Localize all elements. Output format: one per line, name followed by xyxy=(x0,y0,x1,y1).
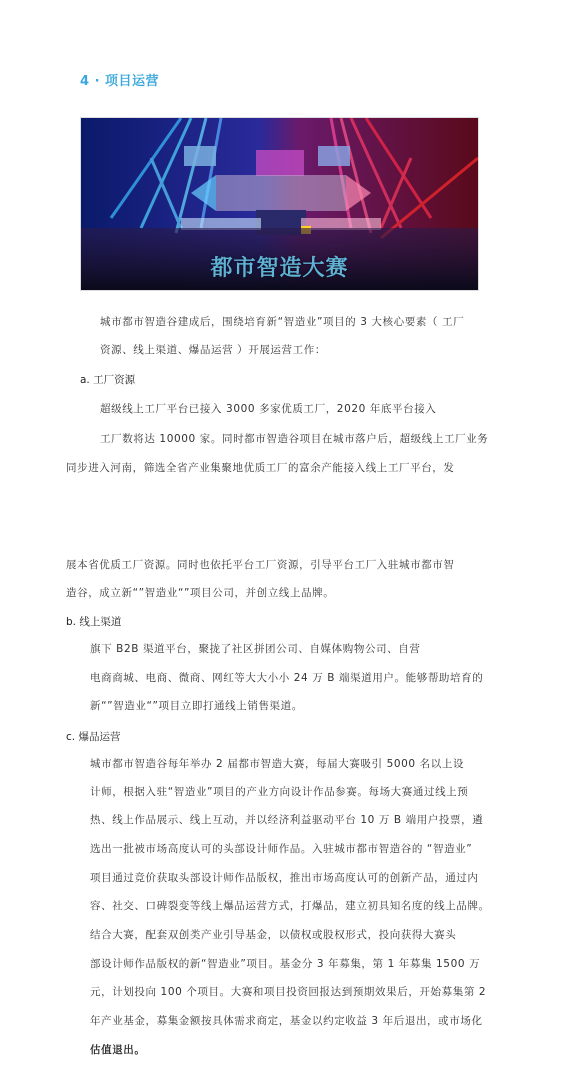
paragraph-line: 年产业基金，募集金额按具体需求商定，基金以约定收益 3 年后退出，或市场化 xyxy=(90,1013,483,1028)
banner-caption: 都市智造大赛 xyxy=(81,251,478,282)
paragraph-line: 展本省优质工厂资源。同时也依托平台工厂资源，引导平台工厂入驻城市都市智 xyxy=(66,557,455,572)
paragraph-line: 结合大赛，配套双创类产业引导基金，以债权或股权形式，投向获得大赛头 xyxy=(90,927,456,942)
section-title: 4 · 项目运营 xyxy=(80,70,159,89)
paragraph-line: 造谷，成立新“”智造业“”项目公司，并创立线上品牌。 xyxy=(66,585,334,600)
paragraph-line: 工厂数将达 10000 家。同时都市智造谷项目在城市落户后，超级线上工厂业务 xyxy=(100,431,488,446)
section-heading-online-channels: b. 线上渠道 xyxy=(66,614,121,629)
paragraph-line: 项目通过竞价获取头部设计师作品版权，推出市场高度认可的创新产品，通过内 xyxy=(90,870,479,885)
intro-line: 城市都市智造谷建成后，围绕培育新“智造业”项目的 3 大核心要素（ 工厂 xyxy=(100,314,464,329)
event-banner-image: 都市智造大赛 xyxy=(81,118,478,290)
paragraph-line: 部设计师作品版权的新“智造业”项目。基金分 3 年募集，第 1 年募集 1500… xyxy=(90,956,480,971)
intro-line: 资源、线上渠道、爆品运营 ）开展运营工作： xyxy=(100,342,326,357)
paragraph-line: 热、线上作品展示、线上互动，并以经济利益驱动平台 10 万 B 端用户投票，遴 xyxy=(90,812,483,827)
paragraph-line: 估值退出。 xyxy=(90,1042,146,1057)
paragraph-line: 新“”智造业“”项目立即打通线上销售渠道。 xyxy=(90,698,303,713)
paragraph-line: 同步进入河南，筛选全省产业集聚地优质工厂的富余产能接入线上工厂平台，发 xyxy=(66,460,455,475)
section-heading-factory-resources: a. 工厂资源 xyxy=(80,372,135,387)
paragraph-line: 旗下 B2B 渠道平台，聚拢了社区拼团公司、自媒体购物公司、自营 xyxy=(90,641,420,656)
paragraph-line: 电商商城、电商、微商、网红等大大小小 24 万 B 端渠道用户。能够帮助培育的 xyxy=(90,670,483,685)
paragraph-line: 城市都市智造谷每年举办 2 届都市智造大赛，每届大赛吸引 5000 名以上设 xyxy=(90,756,464,771)
paragraph-line: 超级线上工厂平台已接入 3000 多家优质工厂，2020 年底平台接入 xyxy=(100,401,436,416)
paragraph-line: 元，计划投向 100 个项目。大赛和项目投资回报达到预期效果后，开始募集第 2 xyxy=(90,984,486,999)
section-heading-hit-product-operations: c. 爆品运营 xyxy=(66,729,120,744)
paragraph-line: 容、社交、口碑裂变等线上爆品运营方式，打爆品，建立初具知名度的线上品牌。 xyxy=(90,898,490,913)
paragraph-line: 选出一批被市场高度认可的头部设计师作品。入驻城市都市智造谷的 “智造业” xyxy=(90,841,472,856)
paragraph-line: 计师，根据入驻“智造业”项目的产业方向设计作品参赛。每场大赛通过线上预 xyxy=(90,784,468,799)
